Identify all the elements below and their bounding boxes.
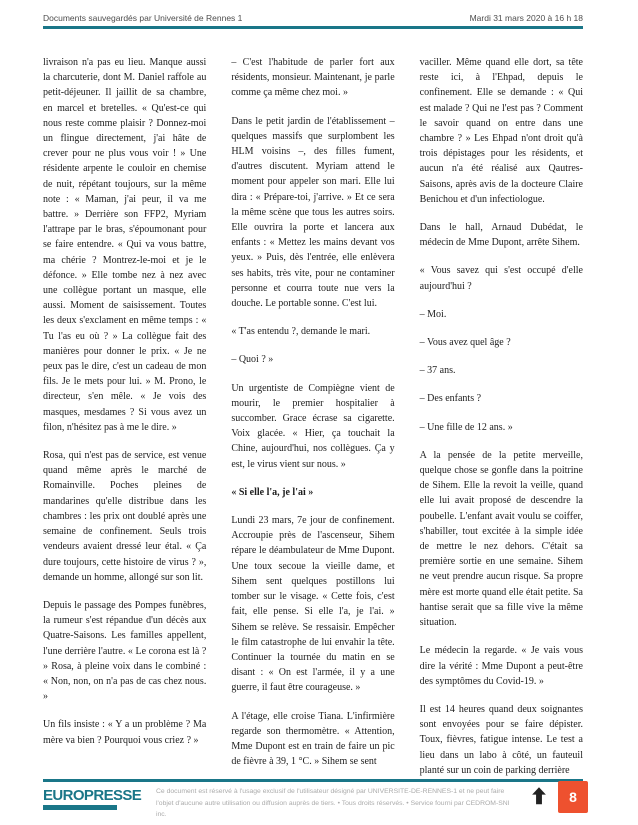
header-source-label: Documents sauvegardés par Université de … [43, 13, 242, 23]
europresse-logo-text: EUROPRESSE [43, 787, 141, 804]
paragraph: – 37 ans. [420, 363, 583, 378]
footer-disclaimer: Ce document est réservé à l'usage exclus… [156, 786, 516, 821]
paragraph: – C'est l'habitude de parler fort aux ré… [231, 55, 394, 101]
article-column-2: – C'est l'habitude de parler fort aux ré… [231, 55, 394, 777]
footer-divider [43, 779, 583, 782]
paragraph: Il est 14 heures quand deux soignantes s… [420, 702, 583, 777]
paragraph: Rosa, qui n'est pas de service, est venu… [43, 448, 206, 585]
header-divider [43, 26, 583, 29]
paragraph: – Quoi ? » [231, 352, 394, 367]
paragraph: Un urgentiste de Compiègne vient de mour… [231, 381, 394, 472]
paragraph: Dans le petit jardin de l'établissement … [231, 114, 394, 312]
page-number-badge: 8 [558, 781, 588, 813]
paragraph: Le médecin la regarde. « Je vais vous di… [420, 643, 583, 689]
disclaimer-line-1: Ce document est réservé à l'usage exclus… [156, 786, 516, 798]
paragraph: – Une fille de 12 ans. » [420, 420, 583, 435]
paragraph: Dans le hall, Arnaud Dubédat, le médecin… [420, 220, 583, 250]
paragraph: – Moi. [420, 307, 583, 322]
paragraph: vaciller. Même quand elle dort, sa tête … [420, 55, 583, 207]
article-column-3: vaciller. Même quand elle dort, sa tête … [420, 55, 583, 777]
paragraph: « Vous savez qui s'est occupé d'elle auj… [420, 263, 583, 293]
scroll-to-top-button[interactable] [526, 783, 552, 809]
paragraph: « T'as entendu ?, demande le mari. [231, 324, 394, 339]
document-page: Documents sauvegardés par Université de … [0, 0, 638, 825]
logo-tagline-bar [43, 805, 117, 810]
paragraph: « Si elle l'a, je l'ai » [231, 485, 394, 500]
paragraph: livraison n'a pas eu lieu. Manque aussi … [43, 55, 206, 435]
header-date-label: Mardi 31 mars 2020 à 16 h 18 [470, 13, 583, 23]
paragraph: – Vous avez quel âge ? [420, 335, 583, 350]
up-arrow-icon [528, 785, 550, 807]
disclaimer-line-2: l'objet d'aucune autre utilisation ou di… [156, 798, 516, 821]
paragraph: Lundi 23 mars, 7e jour de confinement. A… [231, 513, 394, 695]
paragraph: A la pensée de la petite merveille, quel… [420, 448, 583, 630]
page-header: Documents sauvegardés par Université de … [43, 13, 583, 23]
europresse-logo: EUROPRESSE [43, 787, 141, 810]
paragraph: A l'étage, elle croise Tiana. L'infirmiè… [231, 709, 394, 770]
article-column-1: livraison n'a pas eu lieu. Manque aussi … [43, 55, 206, 777]
paragraph: – Des enfants ? [420, 391, 583, 406]
article-body: livraison n'a pas eu lieu. Manque aussi … [43, 55, 583, 777]
paragraph: Depuis le passage des Pompes funèbres, l… [43, 598, 206, 704]
paragraph: Un fils insiste : « Y a un problème ? Ma… [43, 717, 206, 747]
